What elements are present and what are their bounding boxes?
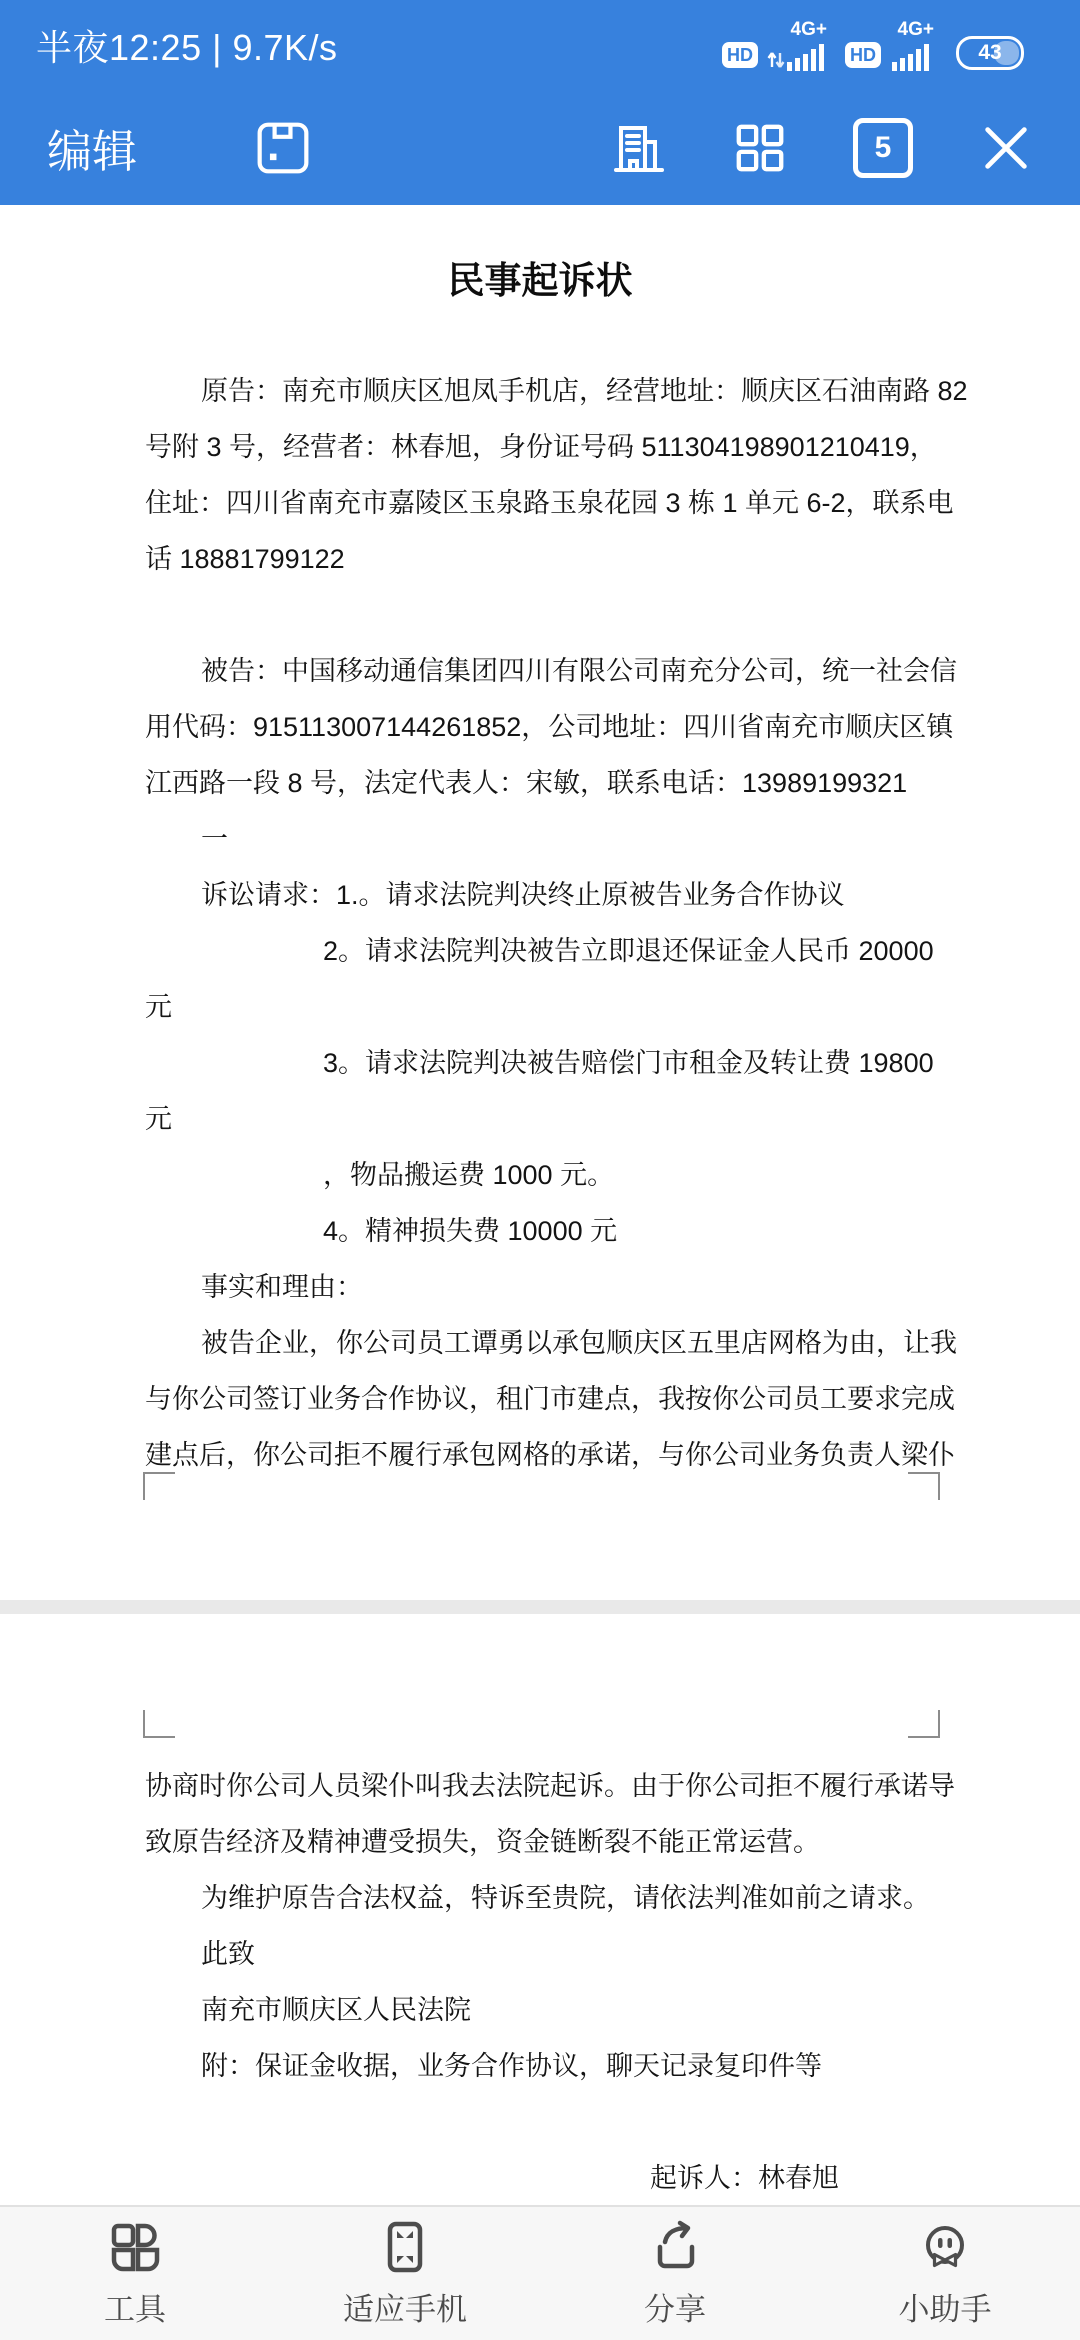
document-page-1[interactable]: 民事起诉状 原告：南充市顺庆区旭凤手机店，经营地址：顺庆区石油南路 82号附 3… <box>0 205 1080 1600</box>
edit-button[interactable]: 编辑 <box>47 115 137 180</box>
office-tools-button[interactable] <box>611 120 667 176</box>
tools-button[interactable]: 工具 <box>0 2207 270 2340</box>
hd-voice-icon: HD <box>845 42 881 68</box>
open-documents-count: 5 <box>875 131 892 165</box>
save-icon <box>255 120 311 176</box>
share-label: 分享 <box>644 2284 706 2329</box>
document-line: 此致 <box>145 1926 940 1982</box>
document-line: 为维护原告合法权益，特诉至贵院，请依法判准如前之请求。 <box>145 1870 940 1926</box>
document-line: 话 18881799122 <box>145 531 940 587</box>
document-line <box>145 587 940 643</box>
building-icon <box>611 120 667 176</box>
status-time-and-speed: 半夜12:25 | 9.7K/s <box>36 20 338 71</box>
network-type-label: 4G+ <box>791 20 827 39</box>
document-line: 与你公司签订业务合作协议，租门市建点，我按你公司员工要求完成 <box>145 1371 940 1427</box>
document-line: 4。精神损失费 10000 元 <box>145 1203 940 1259</box>
document-line: 被告：中国移动通信集团四川有限公司南充分公司，统一社会信 <box>145 643 940 699</box>
fit-phone-label: 适应手机 <box>343 2284 467 2329</box>
toolbar: 编辑 <box>0 90 1080 205</box>
save-button[interactable] <box>255 120 311 176</box>
document-line: 诉讼请求：1.。请求法院判决终止原被告业务合作协议 <box>145 867 940 923</box>
document-title: 民事起诉状 <box>0 251 1080 311</box>
document-line: 一 <box>145 811 940 867</box>
assistant-label: 小助手 <box>899 2284 992 2329</box>
document-line: 原告：南充市顺庆区旭凤手机店，经营地址：顺庆区石油南路 82 <box>145 363 940 419</box>
close-button[interactable] <box>979 121 1033 175</box>
document-line: 元 <box>145 1091 940 1147</box>
document-line: 协商时你公司人员梁仆叫我去法院起诉。由于你公司拒不履行承诺导 <box>145 1758 940 1814</box>
sim2-network: HD 4G+ <box>845 20 934 71</box>
grid-icon <box>733 121 787 175</box>
document-line: 南充市顺庆区人民法院 <box>145 1982 940 2038</box>
page1-text: 原告：南充市顺庆区旭凤手机店，经营地址：顺庆区石油南路 82号附 3 号，经营者… <box>0 363 1080 1483</box>
share-icon <box>647 2219 703 2275</box>
components-button[interactable] <box>733 121 787 175</box>
fit-phone-icon <box>377 2219 433 2275</box>
document-line: 用代码：915113007144261852，公司地址：四川省南充市顺庆区镇 <box>145 699 940 755</box>
open-documents-button[interactable]: 5 <box>853 118 913 178</box>
share-button[interactable]: 分享 <box>540 2207 810 2340</box>
document-line: 致原告经济及精神遭受损失，资金链断裂不能正常运营。 <box>145 1814 940 1870</box>
status-icons: HD 4G+ <box>722 20 1024 71</box>
assistant-icon <box>917 2219 973 2275</box>
bottom-toolbar: 工具 适应手机 分享 <box>0 2205 1080 2340</box>
tools-label: 工具 <box>104 2284 166 2329</box>
document-line: 事实和理由： <box>145 1259 940 1315</box>
close-icon <box>979 121 1033 175</box>
page2-text: 协商时你公司人员梁仆叫我去法院起诉。由于你公司拒不履行承诺导致原告经济及精神遭受… <box>0 1614 1080 2205</box>
signal-bars-icon <box>890 41 934 71</box>
document-line: 元 <box>145 979 940 1035</box>
text-boundary-mark-top-right <box>908 1710 940 1738</box>
sim1-network: HD 4G+ <box>722 20 827 71</box>
document-line: 江西路一段 8 号，法定代表人：宋敏，联系电话：13989199321 <box>145 755 940 811</box>
text-boundary-mark-bottom-right <box>908 1472 940 1500</box>
document-line: ，物品搬运费 1000 元。 <box>145 1147 940 1203</box>
fit-phone-button[interactable]: 适应手机 <box>270 2207 540 2340</box>
tools-icon <box>107 2219 163 2275</box>
document-line: 3。请求法院判决被告赔偿门市租金及转让费 19800 <box>145 1035 940 1091</box>
document-line: 被告企业，你公司员工谭勇以承包顺庆区五里店网格为由，让我 <box>145 1315 940 1371</box>
text-boundary-mark-top-left <box>143 1710 175 1738</box>
app-screen: 半夜12:25 | 9.7K/s HD 4G+ <box>0 0 1080 2340</box>
document-line: 住址：四川省南充市嘉陵区玉泉路玉泉花园 3 栋 1 单元 6-2，联系电 <box>145 475 940 531</box>
document-page-2[interactable]: 协商时你公司人员梁仆叫我去法院起诉。由于你公司拒不履行承诺导致原告经济及精神遭受… <box>0 1614 1080 2205</box>
battery-percent: 43 <box>978 41 1001 65</box>
document-line: 号附 3 号，经营者：林春旭，身份证号码 511304198901210419， <box>145 419 940 475</box>
signal-sim1: 4G+ <box>767 20 827 71</box>
header: 半夜12:25 | 9.7K/s HD 4G+ <box>0 0 1080 205</box>
text-boundary-mark-bottom-left <box>143 1472 175 1500</box>
document-line: 建点后，你公司拒不履行承包网格的承诺，与你公司业务负责人梁仆 <box>145 1427 940 1483</box>
network-type-label: 4G+ <box>898 20 934 39</box>
assistant-button[interactable]: 小助手 <box>810 2207 1080 2340</box>
document-line: 附：保证金收据，业务合作协议，聊天记录复印件等 <box>145 2038 940 2094</box>
signal-bars-with-arrows-icon <box>767 41 827 71</box>
document-line: 2。请求法院判决被告立即退还保证金人民币 20000 <box>145 923 940 979</box>
battery-icon: 43 <box>956 36 1024 70</box>
toolbar-right: 5 <box>611 118 1033 178</box>
document-line <box>145 2094 940 2150</box>
document-line: 起诉人：林春旭 <box>145 2150 940 2205</box>
signal-sim2: 4G+ <box>890 20 934 71</box>
status-bar: 半夜12:25 | 9.7K/s HD 4G+ <box>0 0 1080 90</box>
hd-voice-icon: HD <box>722 42 758 68</box>
